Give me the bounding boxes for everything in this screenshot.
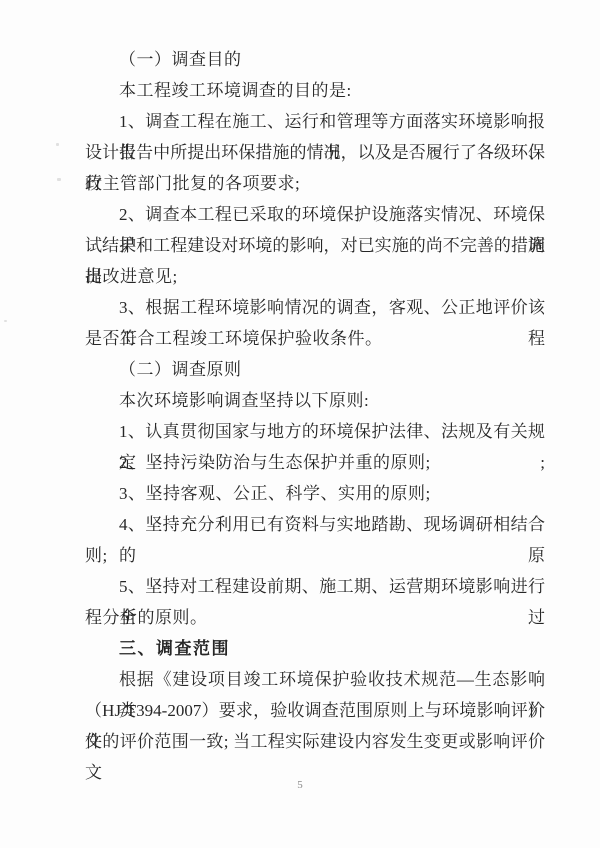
scan-artifact <box>57 178 61 181</box>
scan-artifact <box>4 320 7 322</box>
document-line: 1、认真贯彻国家与地方的环境保护法律、法规及有关规定; <box>85 416 545 447</box>
document-line: 本次环境影响调查坚持以下原则: <box>85 385 545 416</box>
document-line: 1、调查工程在施工、运行和管理等方面落实环境影响报告书、 <box>85 106 545 137</box>
document-line: 试结果和工程建设对环境的影响，对已实施的尚不完善的措施提 <box>85 230 545 261</box>
document-line: 3、坚持客观、公正、科学、实用的原则; <box>85 478 545 509</box>
document-line: 3、根据工程环境影响情况的调查，客观、公正地评价该工程 <box>85 292 545 323</box>
document-line: 2、调查本工程已采取的环境保护设施落实情况、环境保护调 <box>85 199 545 230</box>
page-number: 5 <box>0 779 600 791</box>
document-line: 政主管部门批复的各项要求; <box>85 168 545 199</box>
document-line: 本工程竣工环境调查的目的是: <box>85 75 545 106</box>
document-line: 件的评价范围一致; 当工程实际建设内容发生变更或影响评价文 <box>85 726 545 757</box>
document-line: （HJ/T394-2007）要求，验收调查范围原则上与环境影响评价文 <box>85 695 545 726</box>
document-line: 出改进意见; <box>85 261 545 292</box>
document-page: （一）调查目的 本工程竣工环境调查的目的是: 1、调查工程在施工、运行和管理等方… <box>0 0 600 848</box>
heading-survey-purpose: （一）调查目的 <box>85 44 545 75</box>
document-body: （一）调查目的 本工程竣工环境调查的目的是: 1、调查工程在施工、运行和管理等方… <box>85 44 545 757</box>
document-line: 5、坚持对工程建设前期、施工期、运营期环境影响进行全过 <box>85 571 545 602</box>
document-line: 4、坚持充分利用已有资料与实地踏勘、现场调研相结合的原 <box>85 509 545 540</box>
heading-survey-principles: （二）调查原则 <box>85 354 545 385</box>
document-line: 设计报告中所提出环保措施的情况，以及是否履行了各级环保行 <box>85 137 545 168</box>
scan-artifact <box>56 143 59 146</box>
document-line: 根据《建设项目竣工环境保护验收技术规范—生态影响类》 <box>85 664 545 695</box>
heading-survey-scope: 三、调查范围 <box>85 633 545 664</box>
